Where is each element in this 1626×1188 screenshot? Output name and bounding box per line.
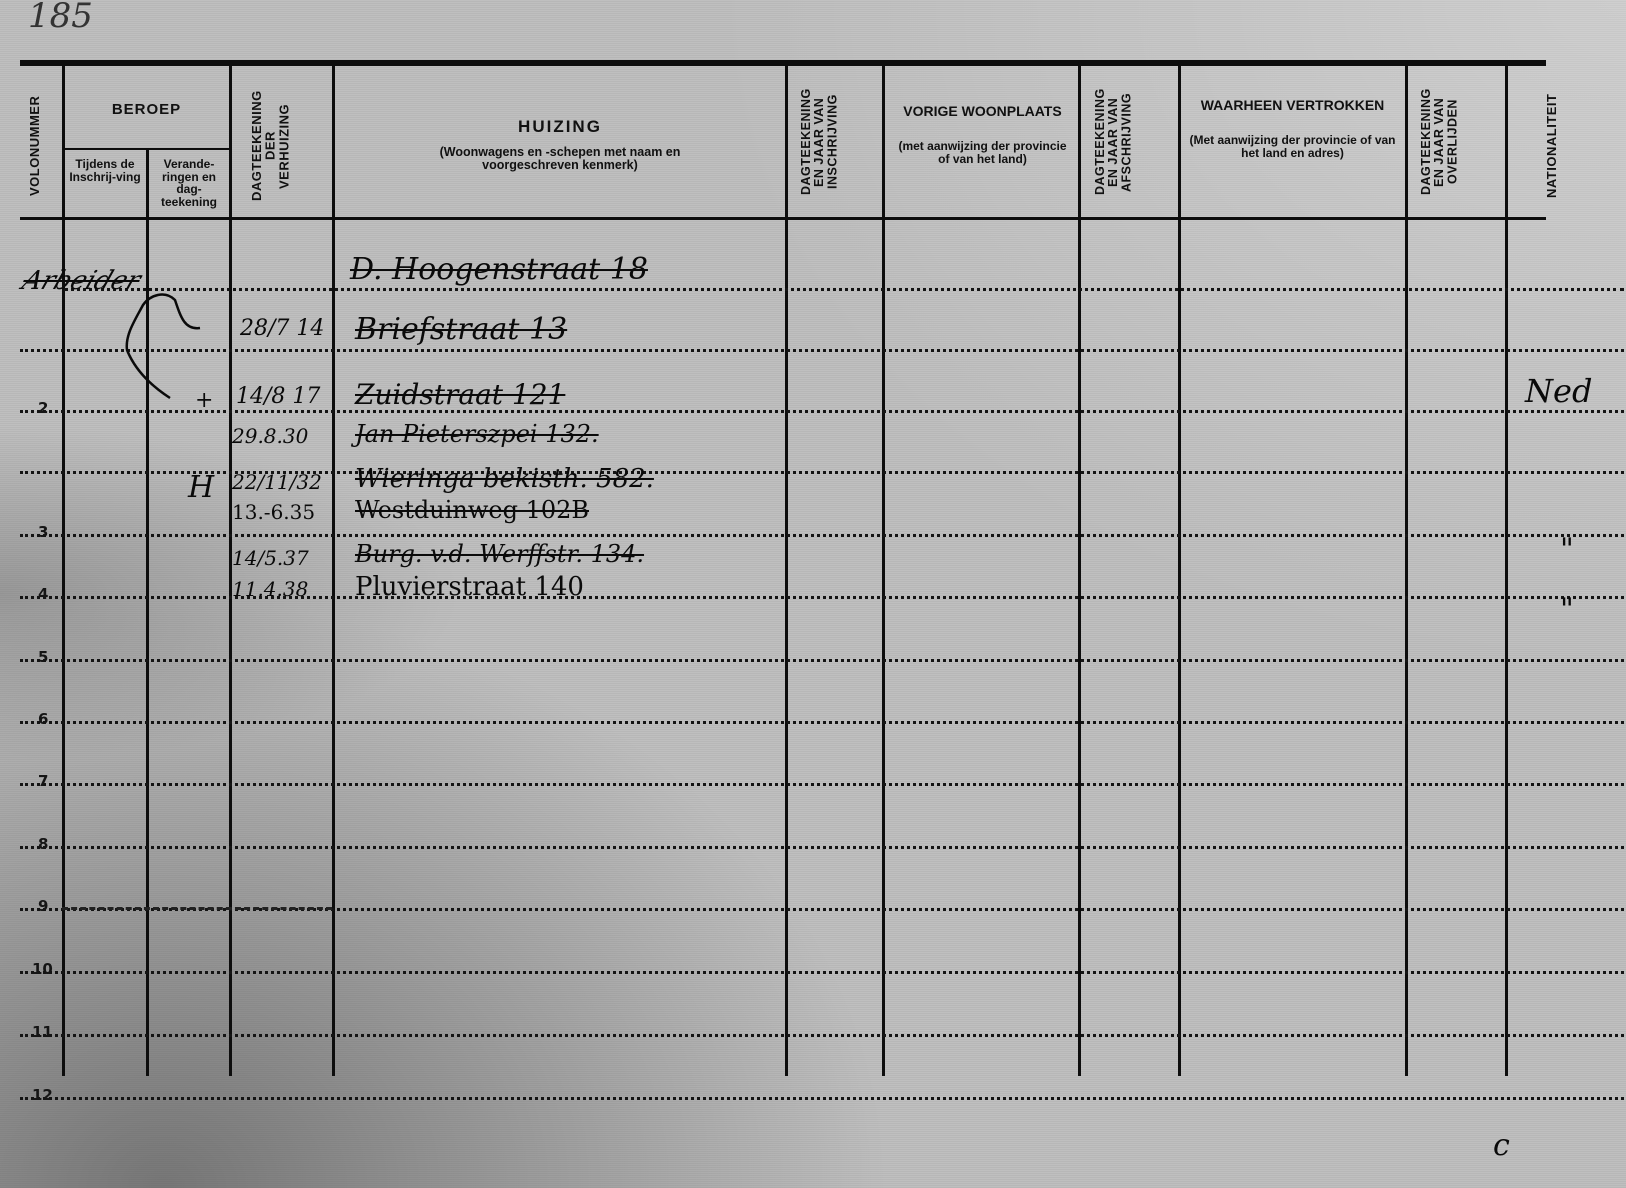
col-divider-8 bbox=[1405, 66, 1408, 1076]
col-divider-3 bbox=[332, 66, 335, 1076]
verhuizing-date: 13.-6.35 bbox=[232, 500, 315, 524]
row-number: 6 bbox=[38, 710, 48, 728]
row-number: 2 bbox=[38, 399, 48, 417]
header-dagteekening-overlijden: DAGTEEKENING EN JAAR VAN OVERLIJDEN bbox=[1420, 72, 1490, 212]
row-number: 8 bbox=[38, 835, 48, 853]
huizing-address: D. Hoogenstraat 18 bbox=[350, 252, 648, 287]
row-number: 9 bbox=[38, 897, 48, 915]
header-vorige-woonplaats: VORIGE WOONPLAATS bbox=[890, 104, 1075, 119]
beroep-divider bbox=[64, 148, 229, 150]
nationaliteit-entry: Ned bbox=[1525, 372, 1592, 410]
handwritten-h-mark: H bbox=[188, 470, 214, 505]
header-nationaliteit: NATIONALITEIT bbox=[1545, 78, 1565, 213]
verhuizing-date: 22/11/32 bbox=[232, 470, 322, 494]
nationaliteit-ditto: " bbox=[1560, 532, 1574, 567]
header-huizing-sub: (Woonwagens en -schepen met naam en voor… bbox=[395, 146, 725, 172]
verhuizing-date: 14/8 17 bbox=[236, 384, 320, 409]
huizing-address: Burg. v.d. Werffstr. 134. bbox=[355, 540, 644, 568]
header-bottom-rule bbox=[20, 217, 1546, 220]
huizing-address: Jan Pieterszpei 132. bbox=[355, 420, 599, 448]
col-divider-6 bbox=[1078, 66, 1081, 1076]
row-number: 11 bbox=[32, 1023, 53, 1041]
header-dagteekening-verhuizing: DAGTEEKENING DER VERHUIZING bbox=[250, 76, 316, 216]
row-number: 7 bbox=[38, 772, 48, 790]
huizing-address: Westduinweg 102B bbox=[355, 496, 589, 524]
header-vorige-woonplaats-sub: (met aanwijzing der provincie of van het… bbox=[895, 140, 1070, 165]
row-number: 10 bbox=[32, 960, 53, 978]
col-divider-9 bbox=[1505, 66, 1508, 1076]
verhuizing-date: 11.4.38 bbox=[232, 577, 308, 601]
header-volgnummer: VOLONUMMER bbox=[28, 78, 50, 213]
header-beroep: BEROEP bbox=[64, 102, 229, 118]
page-number: 185 bbox=[28, 0, 93, 36]
header-dagteekening-inschrijving: DAGTEEKENING EN JAAR VAN INSCHRIJVING bbox=[800, 72, 870, 212]
top-rule bbox=[20, 60, 1546, 66]
verhuizing-date: 28/7 14 bbox=[240, 316, 324, 341]
footer-mark: c bbox=[1493, 1128, 1510, 1163]
huizing-address-current: Pluvierstraat 140 bbox=[355, 572, 584, 602]
huizing-address: Briefstraat 13 bbox=[355, 312, 567, 347]
header-beroep-veranderingen: Verande-ringen en dag-teekening bbox=[150, 158, 228, 208]
col-divider-2 bbox=[229, 66, 232, 1076]
handwritten-cross-mark: + bbox=[195, 388, 213, 413]
col-divider-7 bbox=[1178, 66, 1181, 1076]
col-divider-5 bbox=[882, 66, 885, 1076]
nationaliteit-ditto: " bbox=[1560, 592, 1574, 627]
verhuizing-date: 14/5.37 bbox=[232, 546, 309, 570]
row-number: 5 bbox=[38, 648, 48, 666]
row9-dashed-line bbox=[62, 907, 332, 910]
header-huizing: HUIZING bbox=[335, 118, 785, 136]
huizing-address: Wieringa bekisth. 582. bbox=[355, 464, 654, 494]
verhuizing-date: 29.8.30 bbox=[232, 424, 308, 448]
header-waarheen-vertrokken-sub: (Met aanwijzing der provincie of van het… bbox=[1185, 134, 1400, 159]
col-divider-4 bbox=[785, 66, 788, 1076]
header-waarheen-vertrokken: WAARHEEN VERTROKKEN bbox=[1190, 98, 1395, 113]
header-beroep-tijdens: Tijdens de Inschrij-ving bbox=[66, 158, 144, 183]
col-divider-1 bbox=[62, 66, 65, 1076]
row-number: 12 bbox=[32, 1086, 53, 1104]
huizing-address: Zuidstraat 121 bbox=[355, 378, 565, 411]
row-number: 4 bbox=[38, 585, 48, 603]
row-number: 3 bbox=[38, 523, 48, 541]
header-dagteekening-afschrijving: DAGTEEKENING EN JAAR VAN AFSCHRIJVING bbox=[1094, 72, 1164, 212]
